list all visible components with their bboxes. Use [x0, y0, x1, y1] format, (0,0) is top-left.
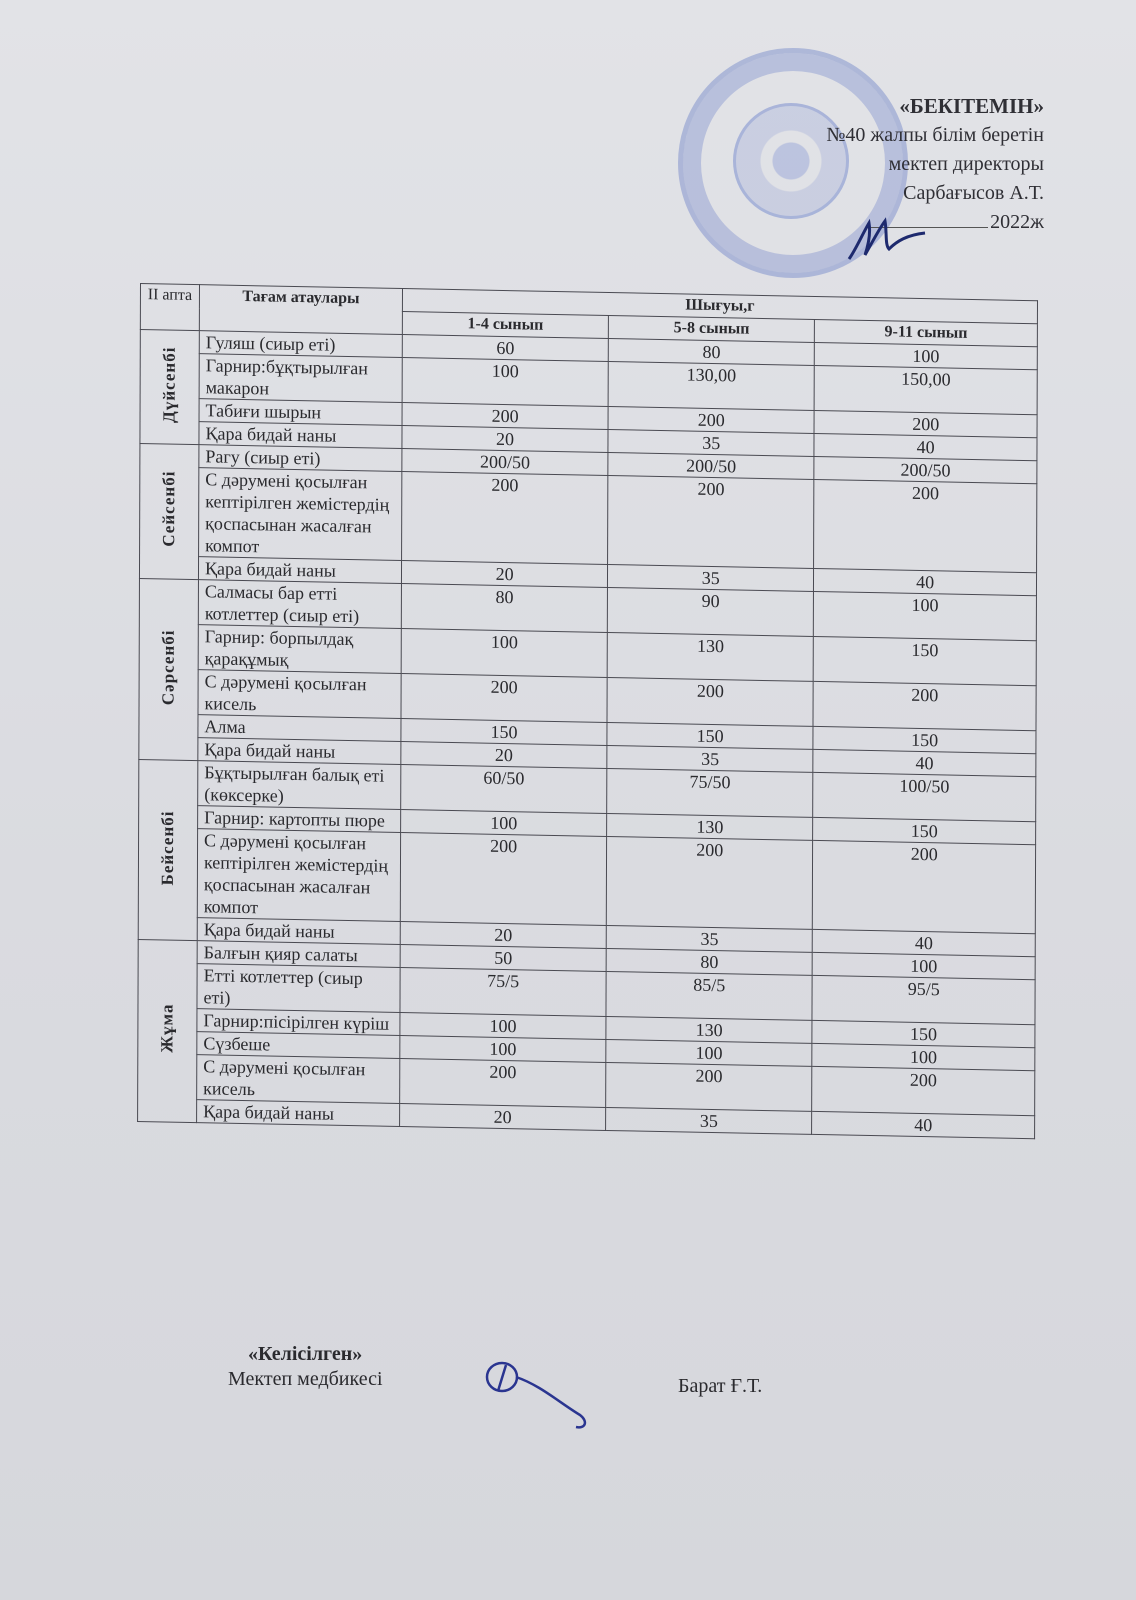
header-food: Тағам атаулары [199, 285, 402, 335]
approval-role: мектеп директоры [826, 150, 1044, 179]
food-name-cell: Қара бидай наны [197, 918, 400, 945]
portion-cell: 200 [400, 1058, 606, 1107]
day-label: Дүйсенбі [159, 346, 181, 423]
food-name-cell: Қара бидай наны [198, 557, 401, 584]
nurse-signature-icon [480, 1355, 610, 1435]
portion-cell: 95/5 [812, 975, 1035, 1024]
director-signature-icon [845, 215, 935, 265]
portion-cell: 200 [402, 472, 608, 565]
portion-cell: 150,00 [814, 365, 1037, 414]
portion-cell: 100 [402, 358, 608, 407]
food-name-cell: С дәрумені қосылған кисель [198, 670, 401, 719]
agreed-block: «Келісілген» Мектеп медбикесі [228, 1342, 383, 1392]
food-name-cell: Салмасы бар етті котлеттер (сиыр еті) [198, 580, 401, 629]
portion-cell: 100/50 [813, 772, 1036, 821]
portion-cell: 200 [608, 475, 814, 568]
day-cell: Дүйсенбі [140, 330, 199, 445]
document-page: «БЕКІТЕМІН» №40 жалпы білім беретін мект… [0, 0, 1136, 1600]
portion-cell: 60/50 [401, 765, 607, 814]
portion-cell: 80 [401, 584, 607, 633]
portion-cell: 200 [401, 674, 607, 723]
food-name-cell: Алма [198, 715, 401, 742]
table-row: С дәрумені қосылған кептірілген жемістер… [138, 827, 1035, 933]
portion-cell: 100 [401, 629, 607, 678]
portion-cell: 40 [812, 1111, 1035, 1138]
header-week: II апта [140, 284, 199, 331]
food-name-cell: Бұқтырылған балық еті (көксерке) [198, 761, 401, 810]
nurse-name: Барат Ғ.Т. [678, 1375, 762, 1398]
food-name-cell: С дәрумені қосылған кептірілген жемістер… [197, 829, 400, 922]
portion-cell: 130 [607, 632, 813, 681]
portion-cell: 150 [813, 636, 1036, 685]
day-cell: Бейсенбі [138, 759, 198, 940]
portion-cell: 200 [813, 840, 1036, 933]
food-name-cell: Рагу (сиыр еті) [199, 445, 402, 472]
day-cell: Сәрсенбі [139, 578, 199, 760]
day-cell: Жұма [138, 939, 198, 1122]
approval-name: Сарбағысов А.Т. [826, 179, 1044, 208]
portion-cell: 20 [400, 1103, 606, 1130]
menu-table-body: ДүйсенбіГуляш (сиыр еті)6080100Гарнир:бұ… [138, 330, 1038, 1139]
portion-cell: 200 [607, 677, 813, 726]
agreed-title: «Келісілген» [228, 1342, 383, 1367]
food-name-cell: Етті котлеттер (сиыр еті) [197, 964, 400, 1013]
food-name-cell: Қара бидай наны [198, 738, 401, 765]
portion-cell: 90 [607, 587, 813, 636]
table-row: С дәрумені қосылған кептірілген жемістер… [140, 466, 1037, 572]
food-name-cell: Гарнир: картопты пюре [198, 806, 401, 833]
food-name-cell: Гарнир:пісірілген күріш [197, 1009, 400, 1036]
food-name-cell: С дәрумені қосылған кептірілген жемістер… [199, 468, 402, 561]
portion-cell: 85/5 [606, 971, 812, 1020]
portion-cell: 35 [606, 1107, 812, 1134]
portion-cell: 130,00 [608, 361, 814, 410]
day-label: Сейсенбі [158, 471, 180, 548]
food-name-cell: Гуляш (сиыр еті) [199, 331, 402, 358]
food-name-cell: Гарнир:бұқтырылған макарон [199, 354, 402, 403]
menu-table: II апта Тағам атаулары Шығуы,г 1-4 сынып… [137, 283, 1038, 1139]
food-name-cell: Сүзбеше [197, 1032, 400, 1059]
food-name-cell: Қара бидай наны [197, 1100, 400, 1127]
portion-cell: 75/5 [400, 967, 606, 1016]
day-label: Бейсенбі [157, 810, 179, 885]
portion-cell: 200 [813, 681, 1036, 730]
portion-cell: 200 [814, 479, 1037, 572]
portion-cell: 200 [812, 1066, 1035, 1115]
portion-cell: 100 [814, 591, 1037, 640]
portion-cell: 200 [606, 836, 812, 929]
approval-date: 2022ж [990, 211, 1044, 233]
approval-school: №40 жалпы білім беретін [826, 121, 1044, 150]
day-label: Сәрсенбі [158, 629, 180, 705]
food-name-cell: Табиғи шырын [199, 399, 402, 426]
food-name-cell: Балғын қияр салаты [197, 941, 400, 968]
approval-title: «БЕКІТЕМІН» [826, 92, 1044, 121]
food-name-cell: Гарнир: борпылдақ қарақұмық [198, 625, 401, 674]
portion-cell: 75/50 [607, 768, 813, 817]
agreed-role: Мектеп медбикесі [228, 1367, 383, 1392]
day-cell: Сейсенбі [139, 443, 198, 579]
food-name-cell: Қара бидай наны [199, 422, 402, 449]
portion-cell: 200 [606, 1062, 812, 1111]
day-label: Жұма [156, 1004, 178, 1054]
food-name-cell: С дәрумені қосылған кисель [197, 1055, 400, 1104]
portion-cell: 200 [400, 833, 606, 926]
